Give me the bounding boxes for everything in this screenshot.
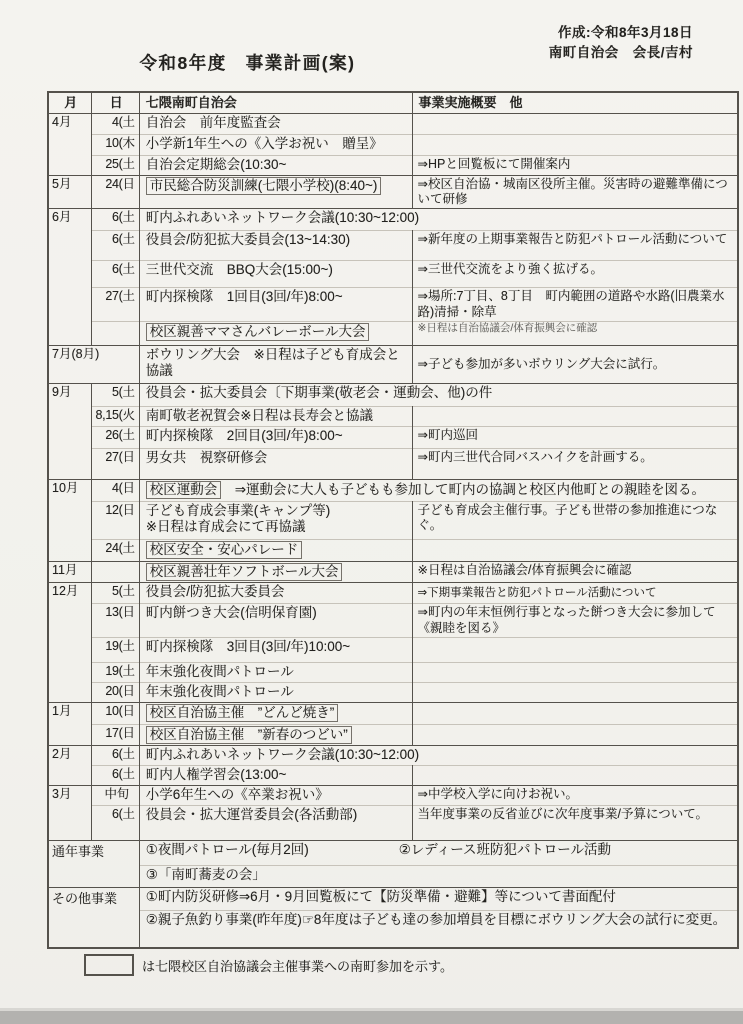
day-cell: 8,15(火 [91,406,139,426]
day-cell: 19(土 [91,662,139,682]
note-cell [412,766,738,785]
event-cell: 年末強化夜間パトロール [139,662,412,682]
day-cell [91,321,139,345]
month-cell: 6月 [48,209,91,346]
note-cell: ⇒中学校入学に向けお祝い。 [412,785,738,805]
event-cell: 校区自治協主催 ”どんど焼き” [139,702,412,724]
annual-item: ②レディース班防犯パトロール活動 [399,842,611,858]
month-cell: 12月 [48,583,91,703]
event-cell: 小学6年生への《卒業お祝い》 [139,785,412,805]
day-cell: 6(土 [91,746,139,766]
event-cell: 三世代交流 BBQ大会(15:00~) [139,261,412,288]
event-cell: ①夜間パトロール(毎月2回)②レディース班防犯パトロール活動 [139,840,738,865]
column-header: 七隈南町自治会 [139,92,412,113]
day-cell: 17(日 [91,724,139,745]
day-cell: 6(土 [91,766,139,785]
day-cell: 4(日 [91,479,139,501]
day-cell: 12(日 [91,501,139,539]
note-cell [412,662,738,682]
event-cell: 校区運動会 ⇒運動会に大人も子どもも参加して町内の協調と校区内他町との親睦を図る… [139,479,738,501]
district-event-box: 校区自治協主催 ”新春のつどい” [146,726,352,744]
annual-item: ①夜間パトロール(毎月2回) [146,842,399,858]
event-cell: 年末強化夜間パトロール [139,682,412,702]
day-cell: 24(日 [91,175,139,209]
event-cell: ②親子魚釣り事業(昨年度)☞8年度は子ども達の参加増員を目標にボウリング大会の試… [139,910,738,948]
district-event-box: 市民総合防災訓練(七隈小学校)(8:40~) [146,177,382,195]
column-header: 日 [91,92,139,113]
event-cell: 町内探検隊 1回目(3回/年)8:00~ [139,288,412,322]
month-cell: 2月 [48,746,91,785]
document-meta: 作成:令和8年3月18日 南町自治会 会長/吉村 [549,23,693,64]
note-cell [412,134,738,155]
note-cell: ⇒町内三世代合同バスハイクを計画する。 [412,448,738,479]
note-cell [412,682,738,702]
event-cell: 南町敬老祝賀会※日程は長寿会と協議 [139,406,412,426]
note-cell: ⇒場所:7丁目、8丁目 町内範囲の道路や水路(旧農業水路)清掃・除草 [412,288,738,322]
document-content: 月日七隈南町自治会事業実施概要 他4月4(土自治会 前年度監査会10(木小学新1… [47,91,739,976]
day-cell: 10(木 [91,134,139,155]
day-cell: 24(土 [91,539,139,561]
event-cell: 役員会/防犯拡大委員会(13~14:30) [139,231,412,261]
event-cell: 校区安全・安心パレード [139,539,412,561]
legend-box-icon [84,954,134,976]
day-cell: 5(土 [91,383,139,406]
scan-edge [0,1011,743,1024]
event-cell: 子ども育成会事業(キャンプ等)※日程は育成会にて再協議 [139,501,412,539]
event-cell: 役員会・拡大委員会〔下期事業(敬老会・運動会、他)の件 [139,383,738,406]
district-event-box: 校区運動会 [146,481,222,499]
event-cell: 町内ふれあいネットワーク会議(10:30~12:00) [139,209,738,231]
created-date: 作成:令和8年3月18日 [549,23,693,43]
event-cell: ③「南町蕎麦の会」 [139,865,738,887]
note-cell: ⇒町内の年末恒例行事となった餅つき大会に参加して《親睦を図る》 [412,604,738,638]
note-cell [412,406,738,426]
day-cell: 27(日 [91,448,139,479]
event-cell: 自治会定期総会(10:30~ [139,155,412,175]
day-cell: 27(土 [91,288,139,322]
legend: は七隈校区自治協議会主催事業への南町参加を示す。 [84,954,739,976]
day-cell: 6(土 [91,805,139,840]
day-cell: 20(日 [91,682,139,702]
day-cell [91,561,139,582]
note-cell [412,702,738,724]
month-cell: 通年事業 [48,840,139,887]
event-cell: 町内探検隊 2回目(3回/年)8:00~ [139,426,412,448]
page-title: 令和8年度 事業計画(案) [0,50,495,75]
column-header: 事業実施概要 他 [412,92,738,113]
district-event-box: 校区自治協主催 ”どんど焼き” [146,704,339,722]
note-cell: ※日程は自治協議会/体育振興会に確認 [412,321,738,345]
note-cell: ⇒三世代交流をより強く拡げる。 [412,261,738,288]
day-cell: 13(日 [91,604,139,638]
day-cell: 6(土 [91,231,139,261]
month-cell: 3月 [48,785,91,840]
event-cell: ボウリング大会 ※日程は子ども育成会と協議 [139,345,412,383]
note-cell: ※日程は自治協議会/体育振興会に確認 [412,561,738,582]
day-cell: 5(土 [91,583,139,604]
district-event-box: 校区親善壮年ソフトボール大会 [146,563,343,581]
event-cell: 役員会・拡大運営委員会(各活動部) [139,805,412,840]
note-cell [412,724,738,745]
note-cell: ⇒町内巡回 [412,426,738,448]
day-cell: 6(土 [91,209,139,231]
month-cell: 4月 [48,113,91,175]
event-cell: 男女共 視察研修会 [139,448,412,479]
note-cell: ⇒子ども参加が多いボウリング大会に試行。 [412,345,738,383]
legend-text: は七隈校区自治協議会主催事業への南町参加を示す。 [142,956,453,975]
month-cell: 10月 [48,479,91,561]
event-cell: 町内人権学習会(13:00~ [139,766,412,785]
month-cell: 11月 [48,561,91,582]
note-cell: ⇒HPと回覧板にて開催案内 [412,155,738,175]
month-cell: その他事業 [48,887,139,948]
schedule-table: 月日七隈南町自治会事業実施概要 他4月4(土自治会 前年度監査会10(木小学新1… [47,91,739,949]
district-event-box: 校区安全・安心パレード [146,541,303,559]
event-cell: 校区親善壮年ソフトボール大会 [139,561,412,582]
note-cell: 当年度事業の反省並びに次年度事業/予算について。 [412,805,738,840]
event-cell: 自治会 前年度監査会 [139,113,412,134]
month-cell: 9月 [48,383,91,479]
scanned-document-page: 作成:令和8年3月18日 南町自治会 会長/吉村 令和8年度 事業計画(案) 月… [0,0,743,1024]
month-cell: 1月 [48,702,91,745]
event-cell: 町内探検隊 3回目(3回/年)10:00~ [139,637,412,662]
event-cell: 小学新1年生への《入学お祝い 贈呈》 [139,134,412,155]
day-cell: 10(日 [91,702,139,724]
column-header: 月 [48,92,91,113]
note-cell [412,637,738,662]
day-cell: 25(土 [91,155,139,175]
event-cell: 町内餅つき大会(信明保育園) [139,604,412,638]
event-cell: 校区自治協主催 ”新春のつどい” [139,724,412,745]
note-cell: ⇒下期事業報告と防犯パトロール活動について [412,583,738,604]
event-cell: 市民総合防災訓練(七隈小学校)(8:40~) [139,175,412,209]
month-cell: 5月 [48,175,91,209]
day-cell: 4(土 [91,113,139,134]
day-cell: 19(土 [91,637,139,662]
day-cell: 26(土 [91,426,139,448]
month-cell: 7月(8月) [48,345,139,383]
note-cell: ⇒校区自治協・城南区役所主催。災害時の避難準備について研修 [412,175,738,209]
note-cell [412,113,738,134]
org-signature: 南町自治会 会長/吉村 [549,43,693,63]
note-cell [412,539,738,561]
note-cell: ⇒新年度の上期事業報告と防犯パトロール活動について [412,231,738,261]
district-event-box: 校区親善ママさんバレーボール大会 [146,323,370,341]
event-cell: 校区親善ママさんバレーボール大会 [139,321,412,345]
note-cell: 子ども育成会主催行事。子ども世帯の参加推進につなぐ。 [412,501,738,539]
day-cell: 6(土 [91,261,139,288]
event-cell: 役員会/防犯拡大委員会 [139,583,412,604]
day-cell: 中旬 [91,785,139,805]
event-cell: 町内ふれあいネットワーク会議(10:30~12:00) [139,746,738,766]
event-cell: ①町内防災研修⇒6月・9月回覧板にて【防災準備・避難】等について書面配付 [139,887,738,910]
